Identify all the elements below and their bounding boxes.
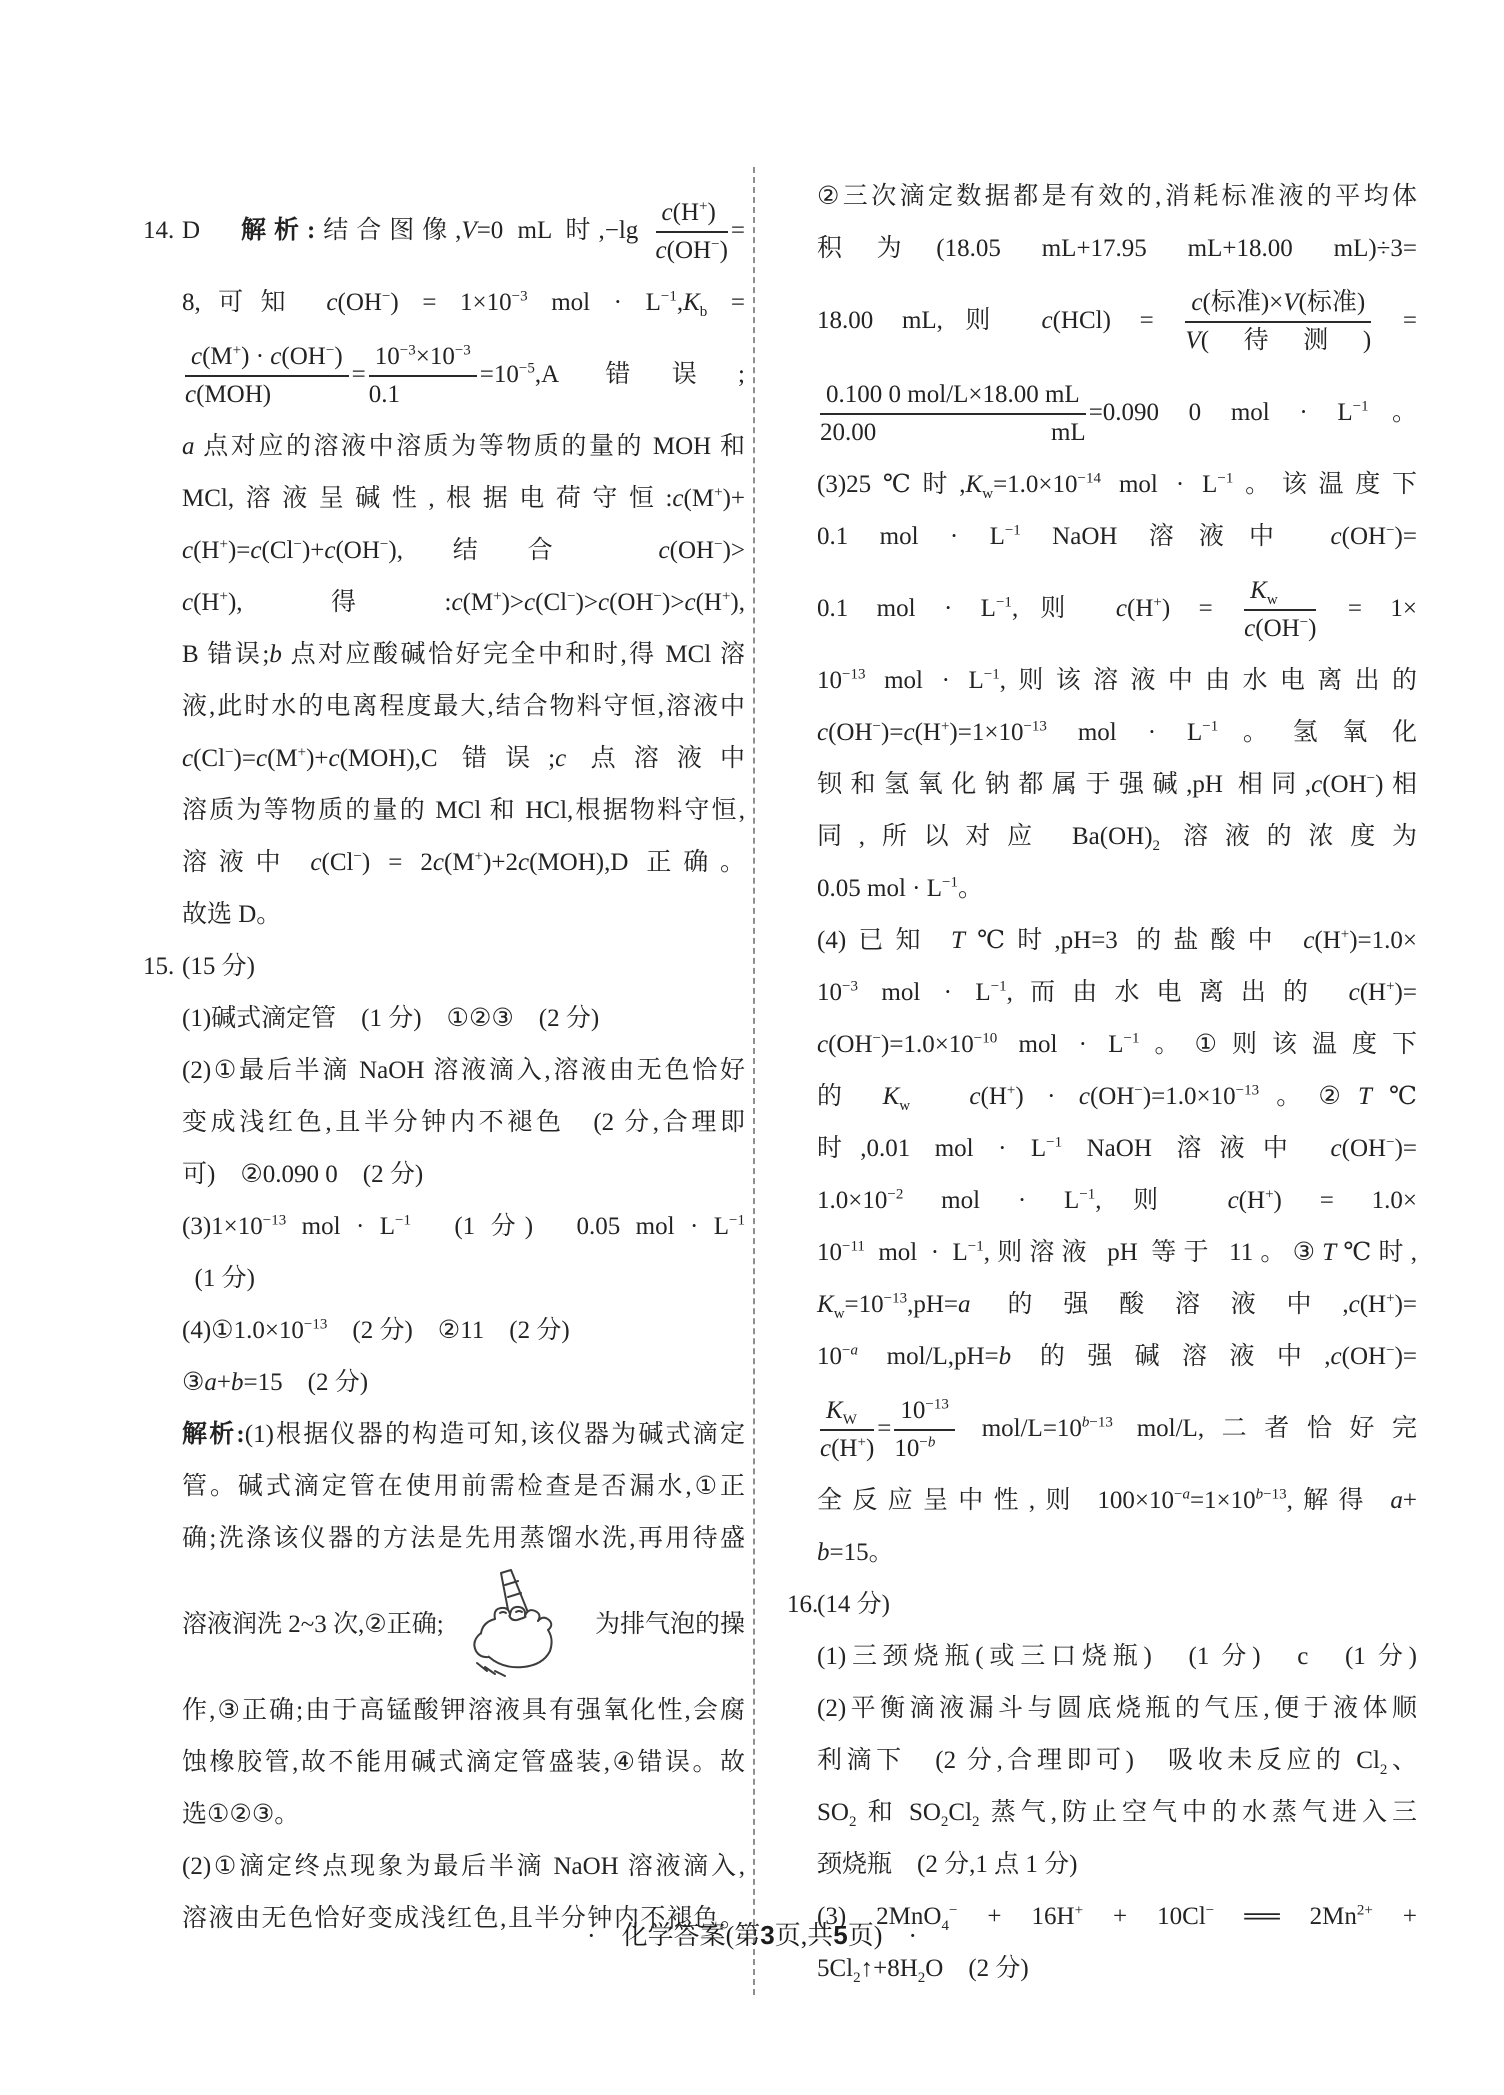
text-line: c(OH−)=c(H+)=1×10−13 mol · L−1。氢氧化 bbox=[817, 707, 1417, 759]
text-line: (2)①滴定终点现象为最后半滴 NaOH 溶液滴入, bbox=[182, 1841, 745, 1893]
text-line: 的 Kw c(H+) · c(OH−)=1.0×10−13。②T℃ bbox=[817, 1071, 1417, 1123]
text-line: 10−a mol/L,pH=b 的强碱溶液中,c(OH−)= bbox=[817, 1331, 1417, 1383]
text-line: 时,0.01 mol · L−1 NaOH 溶液中 c(OH−)= bbox=[817, 1123, 1417, 1175]
text-line: 溶液中 c(Cl−) = 2c(M+)+2c(MOH),D 正确。 bbox=[182, 837, 745, 889]
text-line: 液,此时水的电离程度最大,结合物料守恒,溶液中 bbox=[182, 681, 745, 733]
text-line: 0.100 0 mol/L×18.00 mL20.00 mL=0.090 0 m… bbox=[817, 367, 1417, 459]
question-number: 15. bbox=[143, 941, 174, 993]
text-line: c(OH−)=1.0×10−10 mol · L−1。①则该温度下 bbox=[817, 1019, 1417, 1071]
text-line: 14.D 解析:结合图像,V=0 mL 时,−lg c(H+)c(OH−)= bbox=[182, 185, 745, 277]
text-line: 解析:(1)根据仪器的构造可知,该仪器为碱式滴定 bbox=[182, 1409, 745, 1461]
text-line: (3)25℃时,Kw=1.0×10−14 mol · L−1。该温度下 bbox=[817, 459, 1417, 511]
text-line: Kw=10−13,pH=a 的强酸溶液中,c(H+)= bbox=[817, 1279, 1417, 1331]
text-line: 8,可知 c(OH−) = 1×10−3 mol · L−1,Kb = bbox=[182, 277, 745, 329]
text-line: (3)1×10−13 mol · L−1 (1 分) 0.05 mol · L−… bbox=[182, 1201, 745, 1253]
text-line: (4)①1.0×10−13 (2 分) ②11 (2 分) bbox=[182, 1305, 745, 1357]
question-number: 16. bbox=[787, 1579, 818, 1631]
hand-squeezing-burette-tip-figure bbox=[471, 1569, 567, 1681]
text-line: 0.1 mol · L−1,则 c(H+) = Kwc(OH−) = 1× bbox=[817, 563, 1417, 655]
text-line: 颈烧瓶 (2 分,1 点 1 分) bbox=[817, 1839, 1417, 1891]
text-line: 可) ②0.090 0 (2 分) bbox=[182, 1149, 745, 1201]
text-line: MCl,溶液呈碱性,根据电荷守恒:c(M+)+ bbox=[182, 473, 745, 525]
text-line: 选①②③。 bbox=[182, 1789, 745, 1841]
text-line: B 错误;b 点对应酸碱恰好完全中和时,得 MCl 溶 bbox=[182, 629, 745, 681]
text-line: 10−11 mol · L−1,则溶液 pH 等于 11。③T℃时, bbox=[817, 1227, 1417, 1279]
text-line: 作,③正确;由于高锰酸钾溶液具有强氧化性,会腐 bbox=[182, 1685, 745, 1737]
text-line: 15.(15 分) bbox=[182, 941, 745, 993]
text-line: 同,所以对应 Ba(OH)2 溶液的浓度为 bbox=[817, 811, 1417, 863]
text-line: 钡和氢氧化钠都属于强碱,pH 相同,c(OH−)相 bbox=[817, 759, 1417, 811]
text-line: ③a+b=15 (2 分) bbox=[182, 1357, 745, 1409]
text-line: c(H+),得:c(M+)>c(Cl−)>c(OH−)>c(H+), bbox=[182, 577, 745, 629]
text-line: ②三次滴定数据都是有效的,消耗标准液的平均体 bbox=[817, 171, 1417, 223]
text-line-with-figure: 溶液润洗 2~3 次,②正确; 为排气泡的操 bbox=[182, 1569, 745, 1681]
text-line: 18.00 mL,则 c(HCl) = c(标准)×V(标准)V(待测) = bbox=[817, 275, 1417, 367]
text-line: (1)三颈烧瓶(或三口烧瓶) (1 分) c (1 分) bbox=[817, 1631, 1417, 1683]
text-line: (4)已知 T℃时,pH=3 的盐酸中 c(H+)=1.0× bbox=[817, 915, 1417, 967]
text-line: SO2 和 SO2Cl2 蒸气,防止空气中的水蒸气进入三 bbox=[817, 1787, 1417, 1839]
text-line: c(Cl−)=c(M+)+c(MOH),C 错误;c 点溶液中 bbox=[182, 733, 745, 785]
page-footer: · 化学答案(第3页,共5页) · bbox=[0, 1915, 1504, 1952]
text-line: 确;洗涤该仪器的方法是先用蒸馏水洗,再用待盛 bbox=[182, 1513, 745, 1565]
text-line: 蚀橡胶管,故不能用碱式滴定管盛装,④错误。故 bbox=[182, 1737, 745, 1789]
text-line: 0.1 mol · L−1 NaOH 溶液中 c(OH−)= bbox=[817, 511, 1417, 563]
text-line: (1 分) bbox=[182, 1253, 745, 1305]
text-line: 故选 D。 bbox=[182, 889, 745, 941]
text-line: 变成浅红色,且半分钟内不褪色 (2 分,合理即 bbox=[182, 1097, 745, 1149]
text-line: 溶质为等物质的量的 MCl 和 HCl,根据物料守恒, bbox=[182, 785, 745, 837]
text-line: c(H+)=c(Cl−)+c(OH−),结合 c(OH−)> bbox=[182, 525, 745, 577]
text-line: (1)碱式滴定管 (1 分) ①②③ (2 分) bbox=[182, 993, 745, 1045]
column-divider bbox=[753, 167, 755, 1995]
text-line: (2)平衡滴液漏斗与圆底烧瓶的气压,便于液体顺 bbox=[817, 1683, 1417, 1735]
question-number: 14. bbox=[143, 185, 174, 277]
left-column: 14.D 解析:结合图像,V=0 mL 时,−lg c(H+)c(OH−)=8,… bbox=[100, 185, 745, 1945]
text-segment: 为排气泡的操 bbox=[595, 1599, 745, 1651]
columns-container: 14.D 解析:结合图像,V=0 mL 时,−lg c(H+)c(OH−)=8,… bbox=[100, 185, 1417, 1995]
text-line: a 点对应的溶液中溶质为等物质的量的 MOH 和 bbox=[182, 421, 745, 473]
text-line: 1.0×10−2 mol · L−1,则 c(H+) = 1.0× bbox=[817, 1175, 1417, 1227]
text-line: 全反应呈中性,则 100×10−a=1×10b−13,解得 a+ bbox=[817, 1475, 1417, 1527]
text-segment: 溶液润洗 2~3 次,②正确; bbox=[182, 1599, 444, 1651]
text-line: KWc(H+)=10−1310−b mol/L=10b−13 mol/L,二者恰… bbox=[817, 1383, 1417, 1475]
text-line: (2)①最后半滴 NaOH 溶液滴入,溶液由无色恰好 bbox=[182, 1045, 745, 1097]
text-line: 利滴下 (2 分,合理即可) 吸收未反应的 Cl2、 bbox=[817, 1735, 1417, 1787]
text-line: 0.05 mol · L−1。 bbox=[817, 863, 1417, 915]
text-line: 10−13 mol · L−1,则该溶液中由水电离出的 bbox=[817, 655, 1417, 707]
text-line: 管。碱式滴定管在使用前需检查是否漏水,①正 bbox=[182, 1461, 745, 1513]
text-line: 积为(18.05 mL+17.95 mL+18.00 mL)÷3= bbox=[817, 223, 1417, 275]
text-line: 10−3 mol · L−1,而由水电离出的 c(H+)= bbox=[817, 967, 1417, 1019]
answer-sheet-page: 14.D 解析:结合图像,V=0 mL 时,−lg c(H+)c(OH−)=8,… bbox=[0, 0, 1504, 2095]
text-line: b=15。 bbox=[817, 1527, 1417, 1579]
text-line: c(M+) · c(OH−)c(MOH)=10−3×10−30.1=10−5,A… bbox=[182, 329, 745, 421]
text-line: 16.(14 分) bbox=[817, 1579, 1417, 1631]
right-column: ②三次滴定数据都是有效的,消耗标准液的平均体积为(18.05 mL+17.95 … bbox=[759, 171, 1417, 1995]
